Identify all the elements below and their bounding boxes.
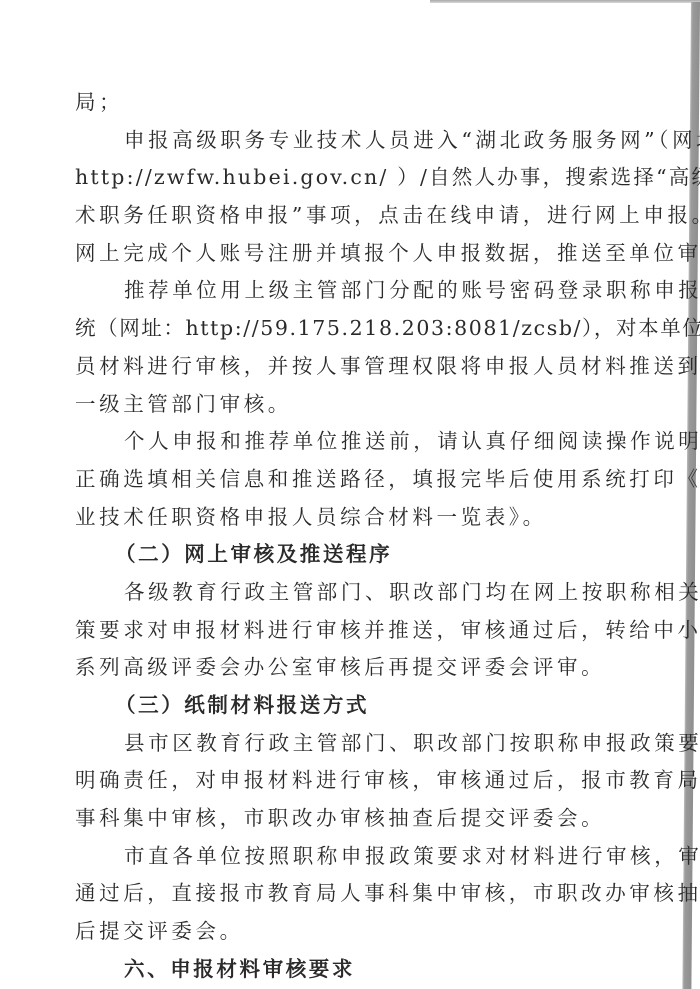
text-line: 县市区教育行政主管部门、职改部门按职称申报政策要求 (75, 725, 623, 763)
text-line: 正确选填相关信息和推送路径，填报完毕后使用系统打印《专 (75, 461, 623, 499)
text-line: 申报高级职务专业技术人员进入“湖北政务服务网”（网址: (75, 122, 623, 160)
text-line: 策要求对申报材料进行审核并推送，审核通过后，转给中小学 (75, 612, 623, 650)
text-line-with-link: http://zwfw.hubei.gov.cn/ ）/自然人办事，搜索选择“高… (75, 159, 623, 197)
paragraph-individual-application: 申报高级职务专业技术人员进入“湖北政务服务网”（网址: http://zwfw.… (75, 122, 623, 273)
text-line: 各级教育行政主管部门、职改部门均在网上按职称相关政 (75, 574, 623, 612)
scan-edge-top (430, 0, 700, 3)
paragraph-city-units-review: 市直各单位按照职称申报政策要求对材料进行审核，审核 通过后，直接报市教育局人事科… (75, 838, 623, 951)
section-subheading-paper-materials: （三）纸制材料报送方式 (75, 687, 623, 725)
text-line: 网上完成个人账号注册并填报个人申报数据，推送至单位审核。 (75, 235, 623, 273)
text-line-with-link: 统（网址：http://59.175.218.203:8081/zcsb/），对… (75, 310, 623, 348)
section-heading-review-requirements: 六、申报材料审核要求 (75, 951, 623, 989)
paragraph-online-review: 各级教育行政主管部门、职改部门均在网上按职称相关政 策要求对申报材料进行审核并推… (75, 574, 623, 687)
text-line: 个人申报和推荐单位推送前，请认真仔细阅读操作说明， (75, 423, 623, 461)
paragraph-print-instructions: 个人申报和推荐单位推送前，请认真仔细阅读操作说明， 正确选填相关信息和推送路径，… (75, 423, 623, 536)
text-line: 事科集中审核，市职改办审核抽查后提交评委会。 (75, 800, 623, 838)
document-page: 局； 申报高级职务专业技术人员进入“湖北政务服务网”（网址: http://zw… (0, 0, 700, 989)
text-line: 业技术任职资格申报人员综合材料一览表》。 (75, 499, 623, 537)
paragraph-continuation: 局； (75, 84, 623, 122)
text-line: 市直各单位按照职称申报政策要求对材料进行审核，审核 (75, 838, 623, 876)
text-line: 术职务任职资格申报”事项，点击在线申请，进行网上申报。在 (75, 197, 623, 235)
text-line: 一级主管部门审核。 (75, 386, 623, 424)
text-line: 通过后，直接报市教育局人事科集中审核，市职改办审核抽查 (75, 875, 623, 913)
section-subheading-online-review: （二）网上审核及推送程序 (75, 536, 623, 574)
text-line: 系列高级评委会办公室审核后再提交评委会评审。 (75, 649, 623, 687)
text-line: 后提交评委会。 (75, 913, 623, 951)
paragraph-unit-review: 推荐单位用上级主管部门分配的账号密码登录职称申报系 统（网址：http://59… (75, 272, 623, 423)
text-line: 推荐单位用上级主管部门分配的账号密码登录职称申报系 (75, 272, 623, 310)
text-line: 明确责任，对申报材料进行审核，审核通过后，报市教育局人 (75, 762, 623, 800)
paragraph-county-review: 县市区教育行政主管部门、职改部门按职称申报政策要求 明确责任，对申报材料进行审核… (75, 725, 623, 838)
text-line: 员材料进行审核，并按人事管理权限将申报人员材料推送到上 (75, 348, 623, 386)
document-body: 局； 申报高级职务专业技术人员进入“湖北政务服务网”（网址: http://zw… (75, 84, 623, 989)
